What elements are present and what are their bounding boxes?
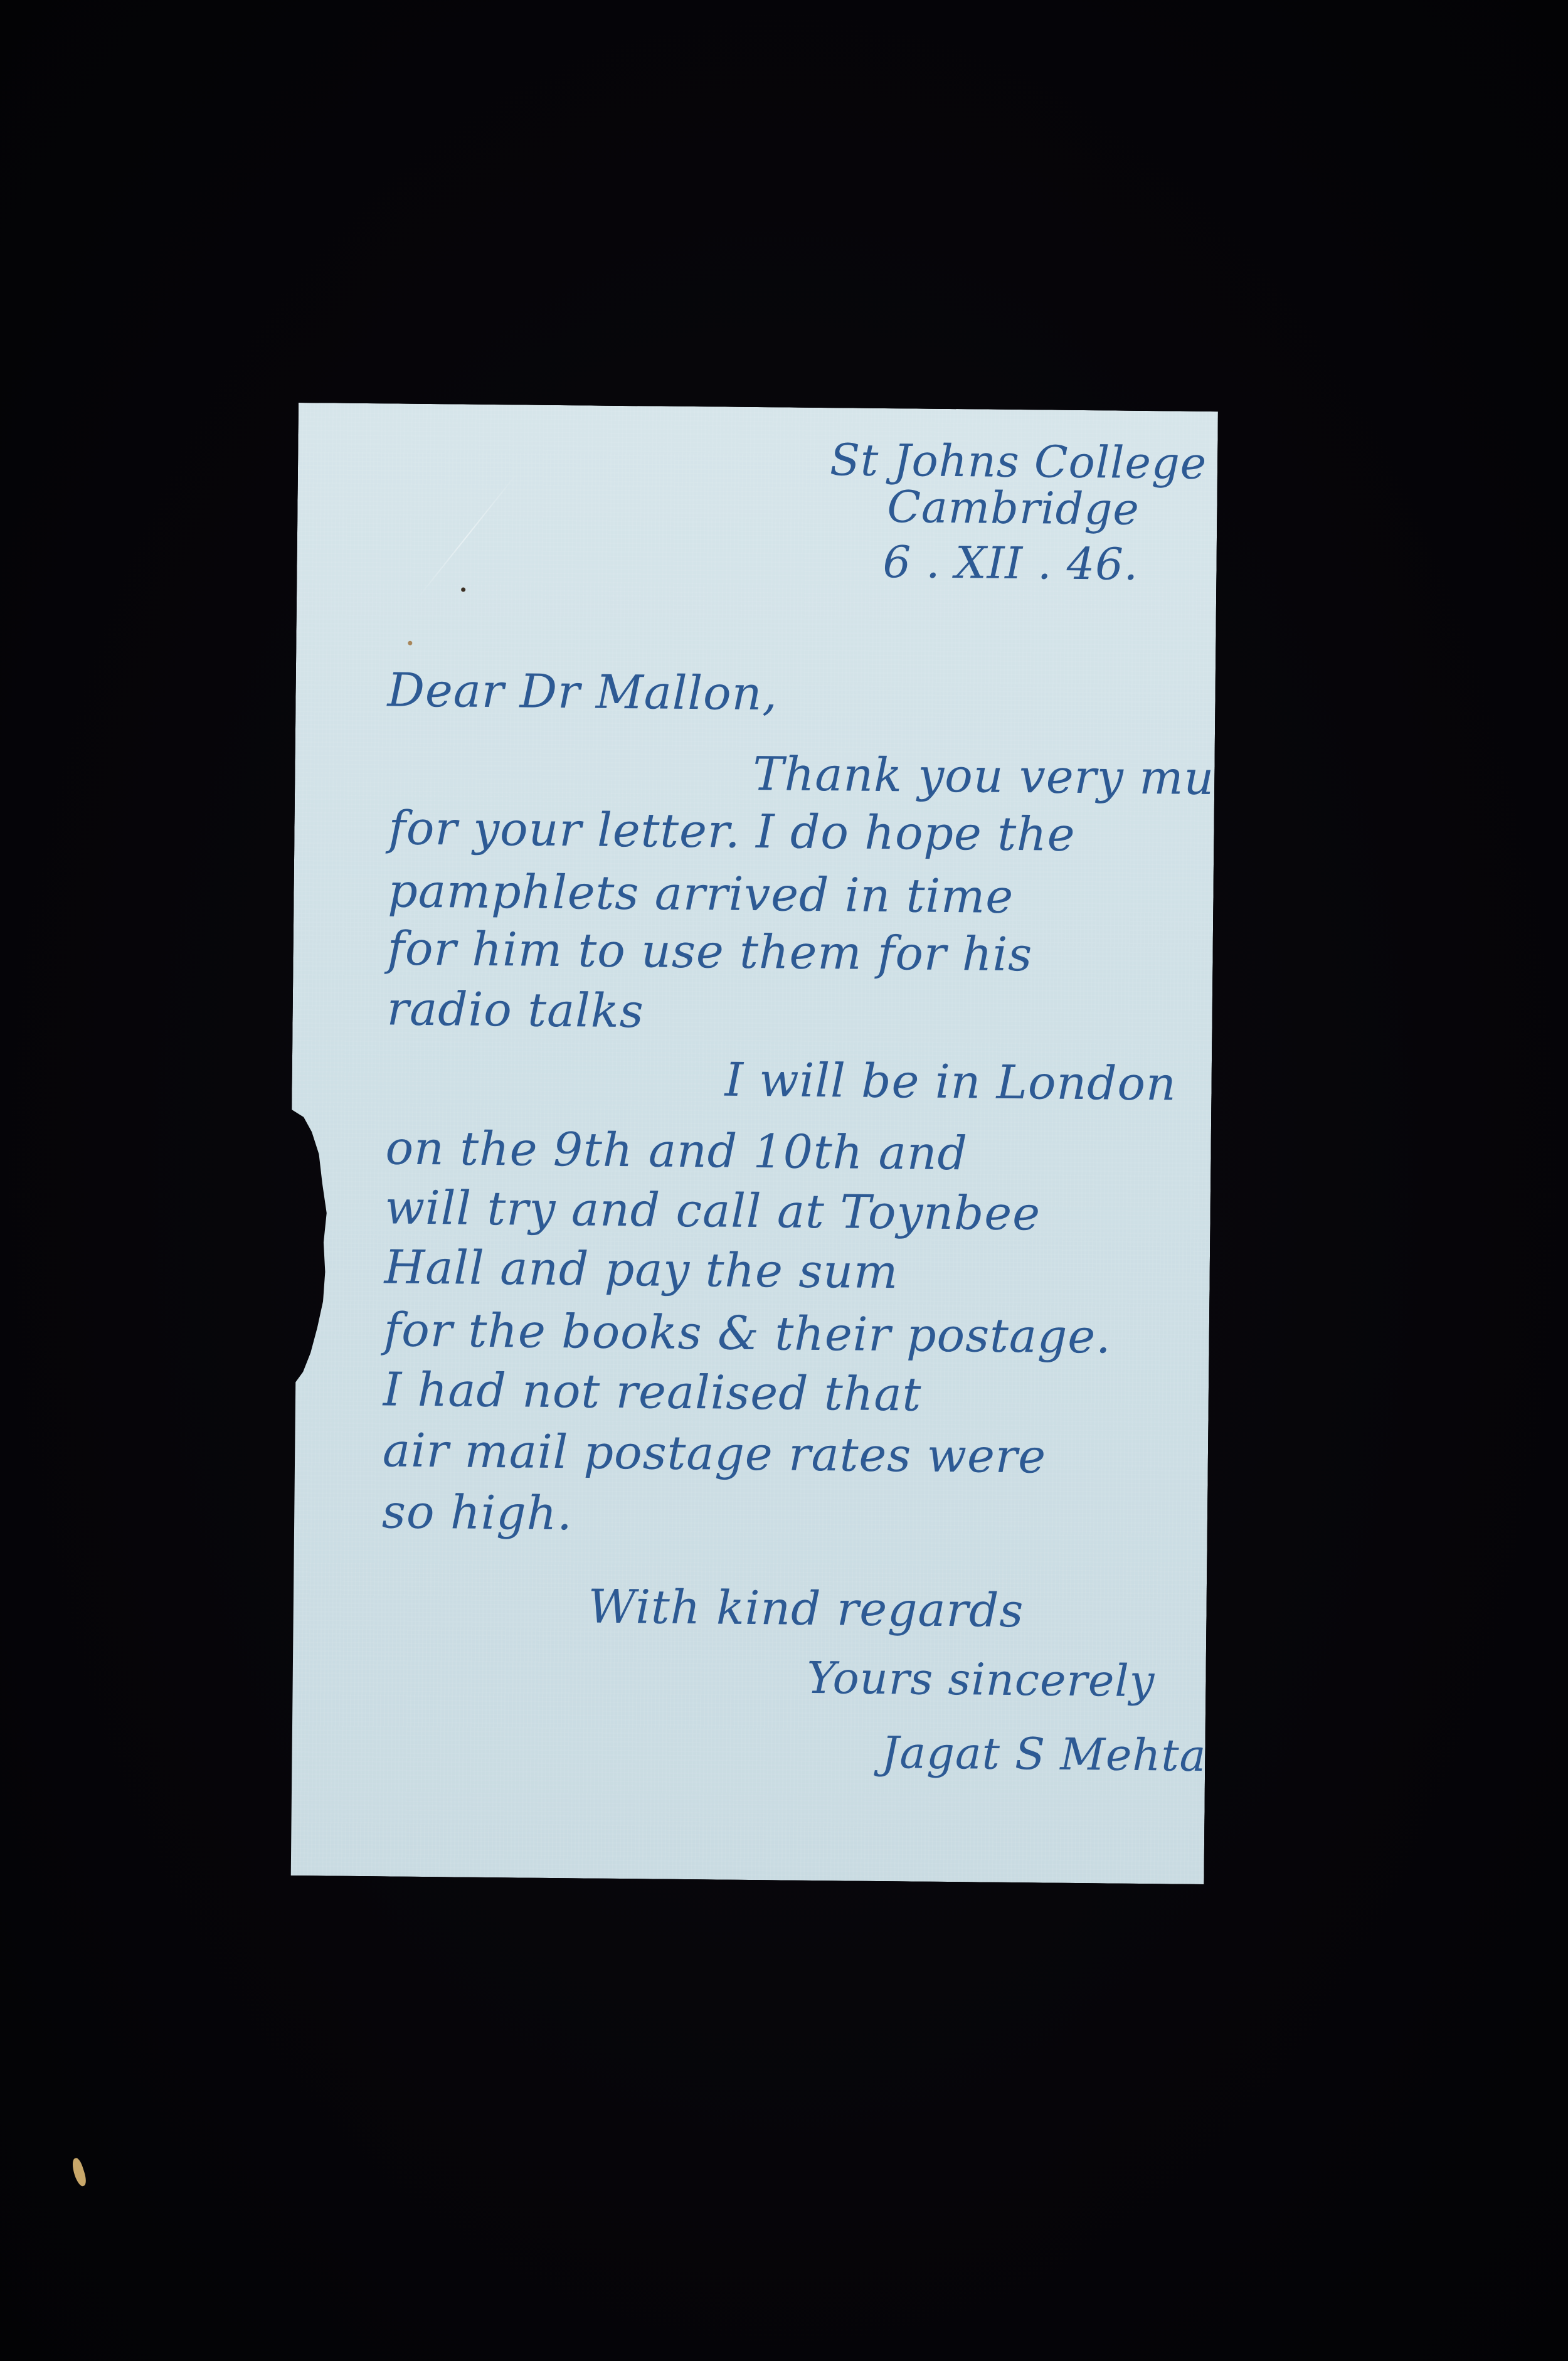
letter-sheet: St Johns College Cambridge 6 . XII . 46.… — [284, 403, 1217, 1884]
salutation: Dear Dr Mallon, — [387, 667, 778, 717]
pinhole — [408, 641, 412, 645]
body-line: Thank you very much — [753, 751, 1272, 802]
body-line: I will be in London — [724, 1057, 1177, 1108]
paper-crease — [415, 472, 518, 601]
letter-date: 6 . XII . 46. — [882, 540, 1138, 586]
body-line: air mail postage rates were — [383, 1427, 1047, 1480]
body-line: I had not realised that — [383, 1366, 922, 1418]
address-line-1: St Johns College — [830, 438, 1207, 485]
address-line-2: Cambridge — [887, 485, 1140, 531]
body-line: for your letter. I do hope the — [388, 805, 1076, 858]
body-line: on the 9th and 10th and — [385, 1125, 968, 1177]
body-line: so high. — [382, 1488, 573, 1537]
signature: Jagat S Mehta — [881, 1731, 1207, 1778]
valediction: Yours sincerely — [807, 1656, 1155, 1703]
pinhole — [461, 588, 465, 592]
debris-speck — [70, 2157, 88, 2188]
closing: With kind regards — [588, 1584, 1024, 1635]
body-line: pamphlets arrived in time — [388, 867, 1014, 920]
body-line: for the books & their postage. — [383, 1307, 1111, 1360]
body-line: radio talks — [386, 985, 644, 1034]
body-line: for him to use them for his — [387, 925, 1032, 978]
body-line: will try and call at Toynbee — [384, 1184, 1041, 1237]
body-line: Hall and pay the sum — [384, 1244, 898, 1295]
